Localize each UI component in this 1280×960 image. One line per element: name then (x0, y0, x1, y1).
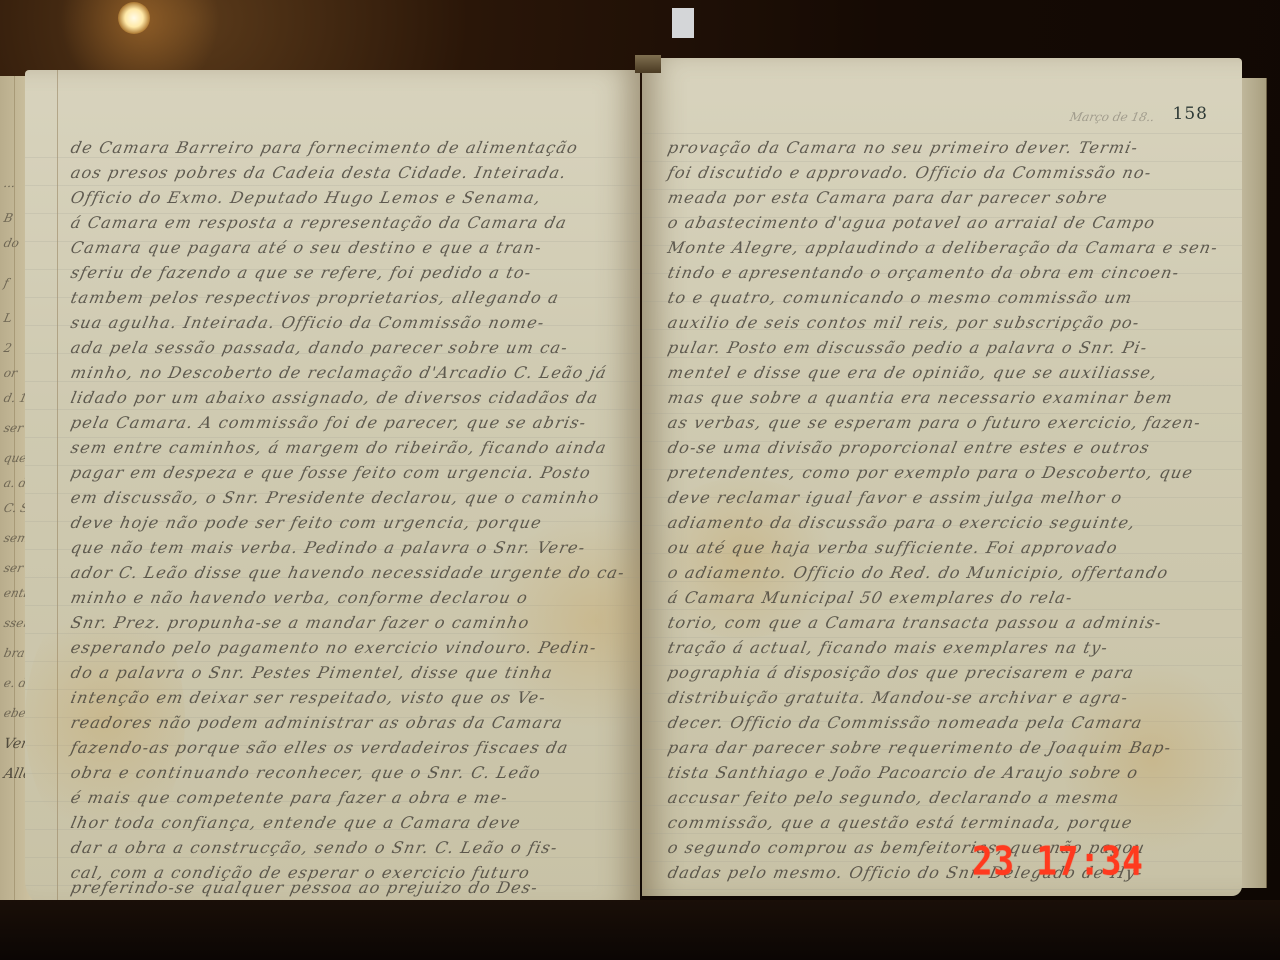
text-line: to e quatro, comunicando o mesmo commiss… (666, 288, 1135, 307)
text-line: tista Santhiago e João Pacoarcio de Arau… (666, 763, 1140, 782)
text-line: pagar em despeza e que fosse feito com u… (69, 463, 593, 482)
text-line: tambem pelos respectivos proprietarios, … (69, 288, 561, 307)
text-line: aos presos pobres da Cadeia desta Cidade… (69, 163, 569, 182)
text-line: mas que sobre a quantia era necessario e… (666, 388, 1175, 407)
text-line: minho e não havendo verba, conforme decl… (69, 588, 530, 607)
text-line: commissão, que a questão está terminada,… (666, 813, 1135, 832)
text-line: Snr. Prez. propunha-se a mandar fazer o … (69, 613, 532, 632)
text-line: sferiu de fazendo a que se refere, foi p… (69, 263, 534, 282)
margin-note: B (3, 211, 15, 225)
margin-note: or (3, 366, 19, 380)
margin-note: L (3, 311, 14, 325)
text-line: fazendo-as porque são elles os verdadeir… (69, 738, 571, 757)
text-line: minho, no Descoberto de reclamação d'Arc… (69, 363, 609, 382)
text-line: auxilio de seis contos mil reis, por sub… (666, 313, 1142, 332)
text-line: lidado por um abaixo assignado, de diver… (69, 388, 600, 407)
text-line: torio, com que a Camara transacta passou… (666, 613, 1164, 632)
text-line: á Camara Municipal 50 exemplares do rela… (666, 588, 1075, 607)
margin-note: ser (3, 421, 25, 435)
text-line: adiamento da discussão para o exercicio … (666, 513, 1138, 532)
bookmark-paper (672, 8, 694, 38)
text-line: do a palavra o Snr. Pestes Pimentel, dis… (69, 663, 555, 682)
text-line: em discussão, o Snr. Presidente declarou… (69, 488, 602, 507)
text-line: é mais que competente para fazer a obra … (69, 788, 510, 807)
right-page-stack (1238, 78, 1267, 888)
background-lamp (118, 2, 150, 34)
text-line: decer. Officio da Commissão nomeada pela… (666, 713, 1145, 732)
margin-note: 2 (3, 341, 14, 355)
text-line: de Camara Barreiro para fornecimento de … (69, 138, 580, 157)
margin-note: do (3, 236, 21, 250)
text-line: ou até que haja verba sufficiente. Foi a… (666, 538, 1120, 557)
margin-note: ser (3, 561, 25, 575)
text-line: as verbas, que se esperam para o futuro … (666, 413, 1203, 432)
text-line: accusar feito pelo segundo, declarando a… (666, 788, 1121, 807)
text-line: tindo e apresentando o orçamento da obra… (666, 263, 1181, 282)
text-line: esperando pelo pagamento no exercicio vi… (69, 638, 599, 657)
text-line: mentel e disse que era de opinião, que s… (666, 363, 1160, 382)
table-surface (0, 900, 1280, 960)
text-line: sua agulha. Inteirada. Officio da Commis… (69, 313, 547, 332)
text-line: pular. Posto em discussão pedio a palavr… (666, 338, 1150, 357)
text-line: deve hoje não pode ser feito com urgenci… (69, 513, 544, 532)
text-line: Monte Alegre, applaudindo a deliberação … (666, 238, 1220, 257)
text-line: dar a obra a construcção, sendo o Snr. C… (69, 838, 560, 857)
text-line: tração á actual, ficando mais exemplares… (666, 638, 1110, 657)
text-line: á Camara em resposta a representação da … (69, 213, 569, 232)
text-line: pela Camara. A commissão foi de parecer,… (69, 413, 589, 432)
text-line: lhor toda confiança, entende que a Camar… (69, 813, 523, 832)
left-page: de Camara Barreiro para fornecimento de … (25, 70, 640, 910)
right-page: Março de 18.. 158 provação da Camara no … (642, 58, 1242, 896)
page-header-note: Março de 18.. (1068, 110, 1155, 124)
text-line: do-se uma divisão proporcional entre est… (666, 438, 1152, 457)
text-line: o abastecimento d'agua potavel ao arraia… (666, 213, 1157, 232)
text-line: Officio do Exmo. Deputado Hugo Lemos e S… (69, 188, 543, 207)
text-line: readores não podem administrar as obras … (69, 713, 565, 732)
text-line: que não tem mais verba. Pedindo a palavr… (69, 538, 588, 557)
text-line: pographia á disposição dos que precisare… (666, 663, 1136, 682)
text-line: pretendentes, como por exemplo para o De… (666, 463, 1195, 482)
text-line: foi discutido e approvado. Officio da Co… (666, 163, 1154, 182)
text-line: distribuição gratuita. Mandou-se archiva… (666, 688, 1130, 707)
text-line: o adiamento. Officio do Red. do Municipi… (666, 563, 1171, 582)
text-line: Camara que pagara até o seu destino e qu… (69, 238, 544, 257)
camera-timestamp: 23 17:34 (972, 839, 1144, 885)
margin-note: bra (3, 646, 27, 660)
text-line: provação da Camara no seu primeiro dever… (666, 138, 1140, 157)
margin-note: ebe (3, 706, 28, 720)
page-number: 158 (1173, 104, 1208, 124)
text-line: preferindo-se qualquer pessoa ao prejuiz… (69, 878, 540, 897)
text-line: sem entre caminhos, á margem do ribeirão… (69, 438, 609, 457)
text-line: meada por esta Camara para dar parecer s… (666, 188, 1110, 207)
text-line: obra e continuando reconhecer, que o Snr… (69, 763, 543, 782)
text-line: deve reclamar igual favor e assim julga … (666, 488, 1125, 507)
bookmark-ribbon (635, 55, 661, 73)
text-line: para dar parecer sobre requerimento de J… (666, 738, 1173, 757)
text-line: intenção em deixar ser respeitado, visto… (69, 688, 548, 707)
text-line: ador C. Leão disse que havendo necessida… (69, 563, 627, 582)
margin-note: f (3, 276, 10, 290)
text-line: ada pela sessão passada, dando parecer s… (69, 338, 570, 357)
